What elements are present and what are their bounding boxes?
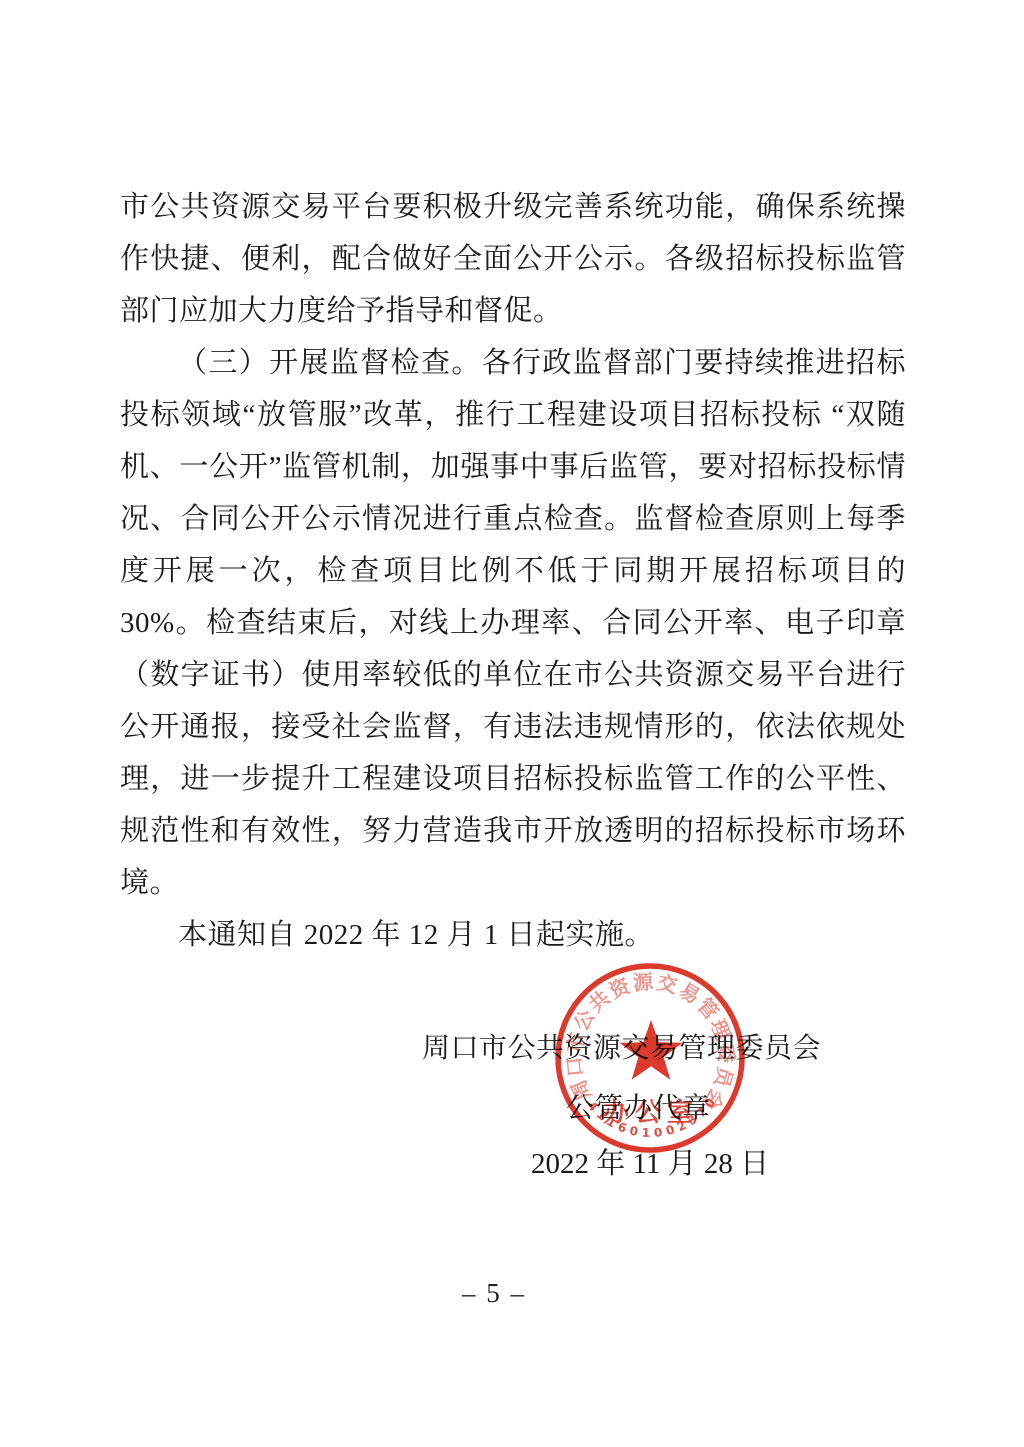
paragraph-effective-date: 本通知自 2022 年 12 月 1 日起实施。 bbox=[120, 909, 906, 961]
document-page: 市公共资源交易平台要积极升级完善系统功能，确保系统操作快捷、便利，配合做好全面公… bbox=[0, 0, 1024, 1447]
seal-star-icon bbox=[620, 1020, 683, 1080]
page-number: – 5 – bbox=[0, 1278, 988, 1309]
paragraph-continuation: 市公共资源交易平台要积极升级完善系统功能，确保系统操作快捷、便利，配合做好全面公… bbox=[120, 181, 906, 337]
paragraph-section-3: （三）开展监督检查。各行政监督部门要持续推进招标投标领域“放管服”改革，推行工程… bbox=[120, 337, 906, 909]
official-seal: 周口市公共资源交易管理委员会 办公室 4116010023707 bbox=[550, 958, 750, 1158]
body-text: 市公共资源交易平台要积极升级完善系统功能，确保系统操作快捷、便利，配合做好全面公… bbox=[120, 181, 906, 961]
